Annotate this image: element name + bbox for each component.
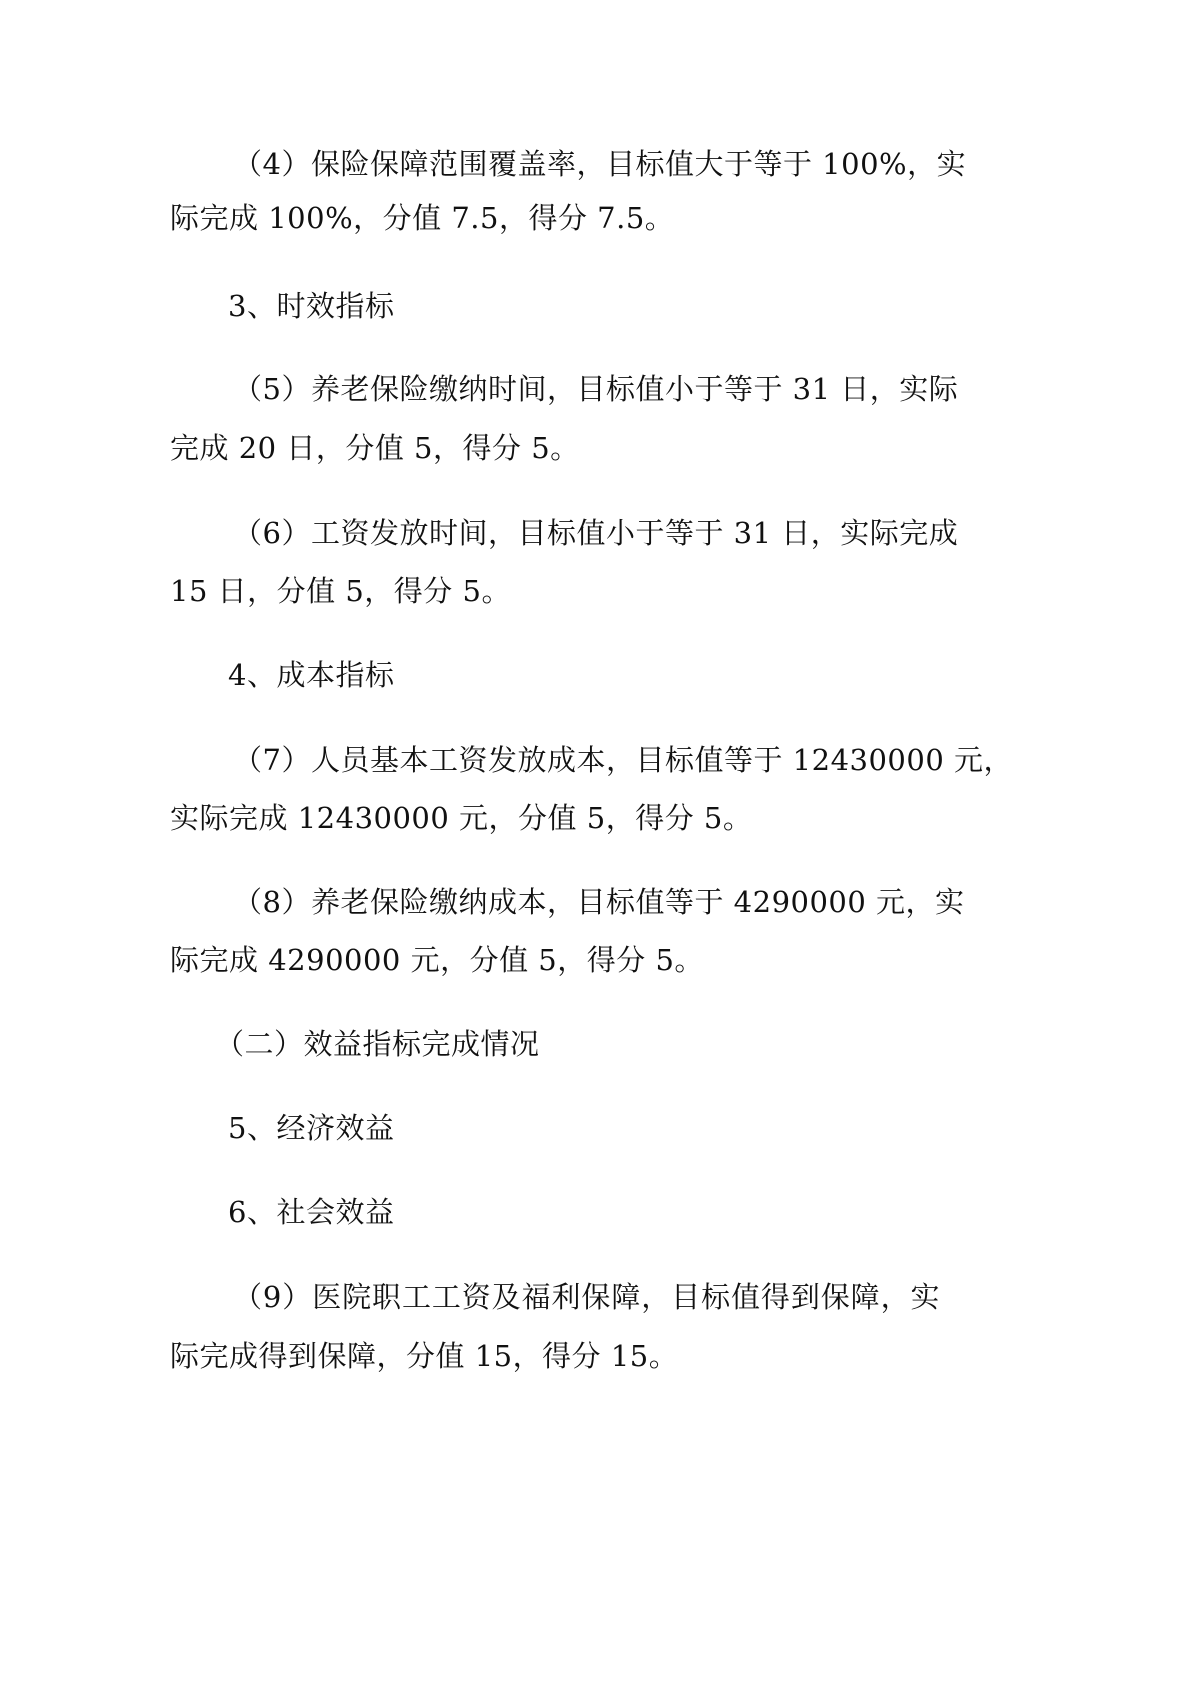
indicator-5-line-1: （5）养老保险缴纳时间，目标值小于等于 31 日，实际 [233, 369, 940, 409]
heading-timeliness-indicators: 3、时效指标 [228, 286, 394, 326]
heading-social-benefit: 6、社会效益 [228, 1192, 394, 1232]
indicator-4-line-2: 际完成 100%，分值 7.5，得分 7.5。 [170, 198, 674, 238]
heading-cost-indicators: 4、成本指标 [228, 655, 394, 695]
heading-economic-benefit: 5、经济效益 [228, 1108, 394, 1148]
indicator-4-line-1: （4）保险保障范围覆盖率，目标值大于等于 100%，实 [233, 144, 940, 184]
indicator-5-line-2: 完成 20 日，分值 5，得分 5。 [170, 428, 580, 468]
section-heading-benefit-indicators: （二）效益指标完成情况 [215, 1024, 540, 1064]
indicator-7-line-1: （7）人员基本工资发放成本，目标值等于 12430000 元， [233, 740, 940, 780]
indicator-8-line-1: （8）养老保险缴纳成本，目标值等于 4290000 元，实 [233, 882, 940, 922]
document-page: （4）保险保障范围覆盖率，目标值大于等于 100%，实 际完成 100%，分值 … [0, 0, 1200, 1696]
indicator-7-line-2: 实际完成 12430000 元，分值 5，得分 5。 [170, 798, 752, 838]
indicator-9-line-1: （9）医院职工工资及福利保障，目标值得到保障，实 [233, 1277, 940, 1317]
indicator-9-line-2: 际完成得到保障，分值 15，得分 15。 [170, 1336, 678, 1376]
indicator-8-line-2: 际完成 4290000 元，分值 5，得分 5。 [170, 940, 704, 980]
indicator-6-line-1: （6）工资发放时间，目标值小于等于 31 日，实际完成 [233, 513, 940, 553]
indicator-6-line-2: 15 日，分值 5，得分 5。 [170, 571, 511, 611]
